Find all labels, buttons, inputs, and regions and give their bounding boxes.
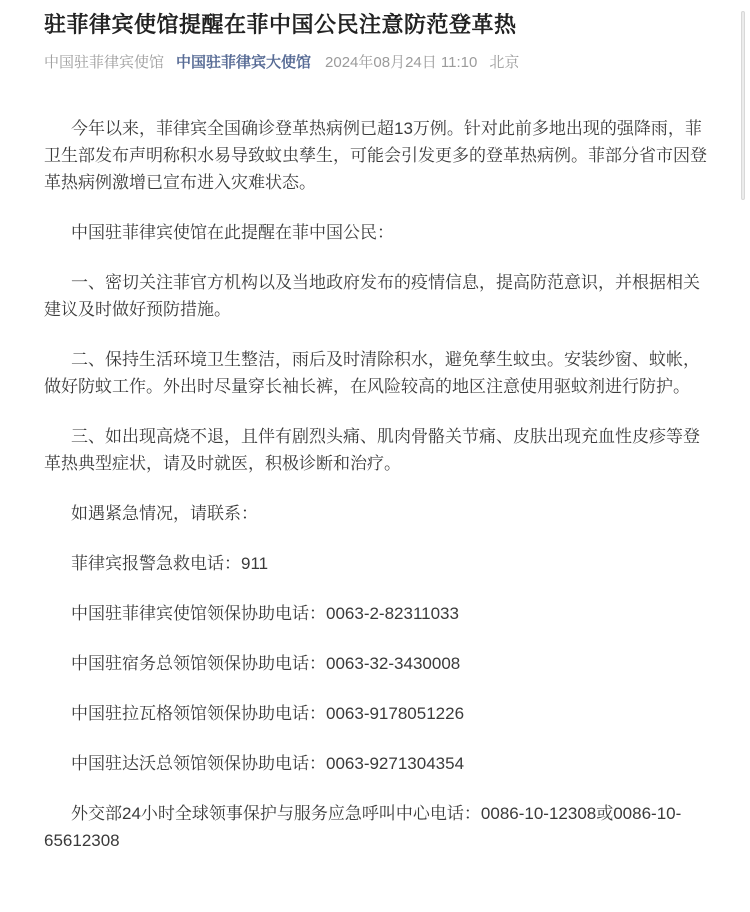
paragraph-phone-laoag: 中国驻拉瓦格领馆领保协助电话：0063-9178051226 (44, 700, 710, 727)
meta-row: 中国驻菲律宾使馆 中国驻菲律宾大使馆 2024年08月24日 11:10 北京 (44, 53, 710, 73)
account-link[interactable]: 中国驻菲律宾大使馆 (176, 53, 311, 73)
paragraph-phone-police: 菲律宾报警急救电话：911 (44, 550, 710, 577)
paragraph-emergency-lead: 如遇紧急情况，请联系： (44, 500, 710, 527)
paragraph-reminder-lead: 中国驻菲律宾使馆在此提醒在菲中国公民： (44, 219, 710, 246)
paragraph-phone-embassy: 中国驻菲律宾使馆领保协助电话：0063-2-82311033 (44, 600, 710, 627)
paragraph-item-2: 二、保持生活环境卫生整洁，雨后及时清除积水，避免孳生蚊虫。安装纱窗、蚊帐，做好防… (44, 346, 710, 400)
scrollbar-thumb[interactable] (741, 11, 745, 200)
publish-date: 2024年08月24日 11:10 (325, 53, 477, 73)
paragraph-item-3: 三、如出现高烧不退，且伴有剧烈头痛、肌肉骨骼关节痛、皮肤出现充血性皮疹等登革热典… (44, 423, 710, 477)
article-body: 今年以来，菲律宾全国确诊登革热病例已超13万例。针对此前多地出现的强降雨，菲卫生… (44, 115, 710, 854)
page-title: 驻菲律宾使馆提醒在菲中国公民注意防范登革热 (44, 10, 710, 40)
paragraph-item-1: 一、密切关注菲官方机构以及当地政府发布的疫情信息，提高防范意识，并根据相关建议及… (44, 269, 710, 323)
paragraph-phone-davao: 中国驻达沃总领馆领保协助电话：0063-9271304354 (44, 750, 710, 777)
article: 驻菲律宾使馆提醒在菲中国公民注意防范登革热 中国驻菲律宾使馆 中国驻菲律宾大使馆… (0, 0, 750, 854)
publish-location: 北京 (489, 53, 519, 73)
paragraph-phone-mfa: 外交部24小时全球领事保护与服务应急呼叫中心电话：0086-10-12308或0… (44, 800, 710, 854)
paragraph-phone-cebu: 中国驻宿务总领馆领保协助电话：0063-32-3430008 (44, 650, 710, 677)
account-name: 中国驻菲律宾使馆 (44, 53, 164, 73)
paragraph-intro: 今年以来，菲律宾全国确诊登革热病例已超13万例。针对此前多地出现的强降雨，菲卫生… (44, 115, 710, 196)
article-page: 驻菲律宾使馆提醒在菲中国公民注意防范登革热 中国驻菲律宾使馆 中国驻菲律宾大使馆… (0, 0, 750, 912)
